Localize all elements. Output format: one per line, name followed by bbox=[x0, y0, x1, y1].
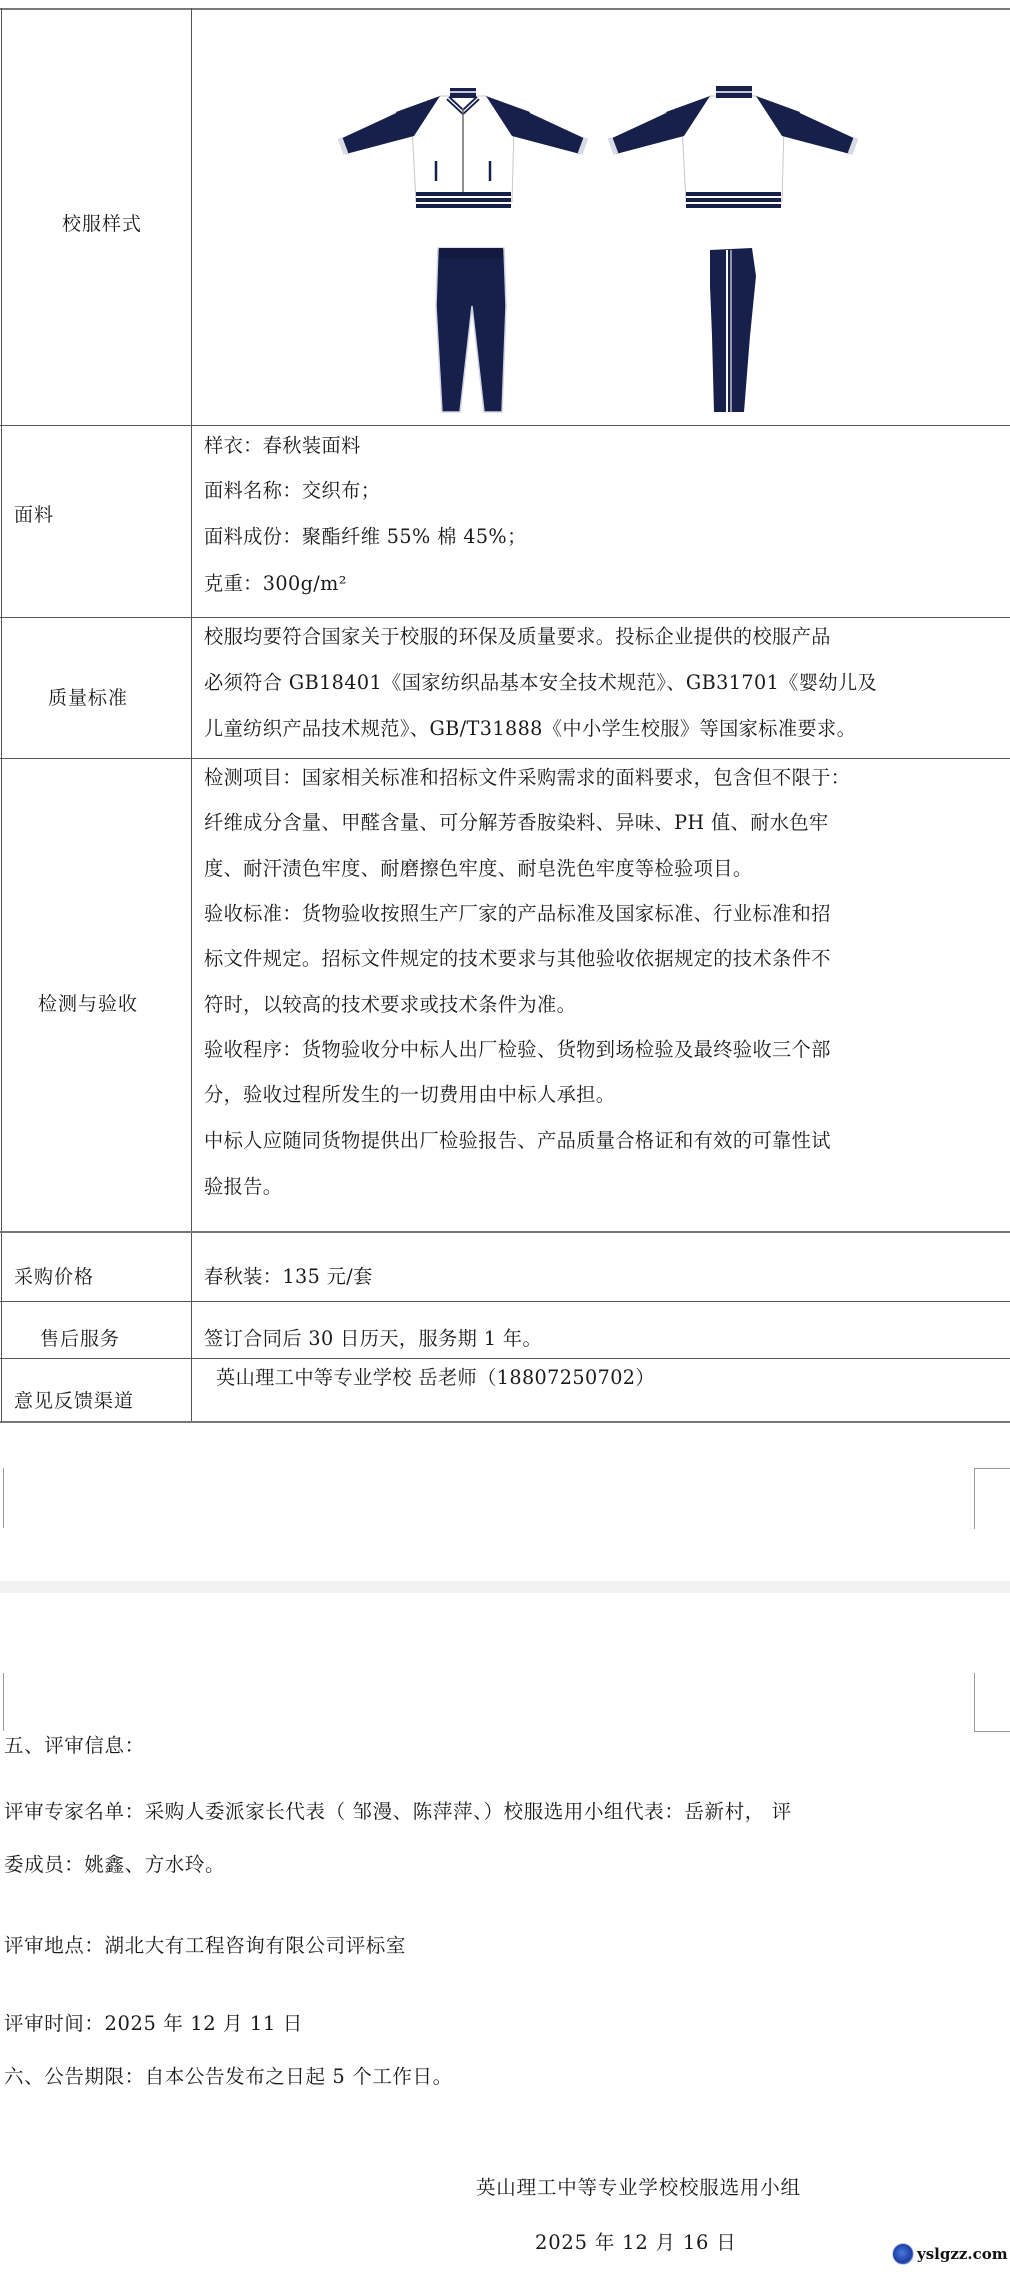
row-divider bbox=[0, 758, 1010, 759]
after-sales-value: 签订合同后 30 日历天，服务期 1 年。 bbox=[204, 1324, 542, 1351]
testing-line: 分，验收过程所发生的一切费用由中标人承担。 bbox=[204, 1080, 615, 1107]
fabric-composition-line: 面料成份：聚酯纤维 55% 棉 45%； bbox=[204, 522, 527, 549]
row-divider bbox=[0, 1301, 1010, 1302]
testing-line: 检测项目：国家相关标准和招标文件采购需求的面料要求，包含但不限于： bbox=[204, 763, 850, 790]
site-logo-icon bbox=[892, 2243, 914, 2265]
row-divider bbox=[0, 425, 1010, 426]
table-top-border bbox=[0, 8, 1010, 10]
row-label-fabric: 面料 bbox=[14, 500, 54, 527]
review-location: 评审地点：湖北大有工程咨询有限公司评标室 bbox=[4, 1930, 406, 1958]
review-experts-line: 评审专家名单：采购人委派家长代表（ 邹漫、陈萍萍、）校服选用小组代表：岳新村， … bbox=[4, 1796, 792, 1824]
jacket-back-illustration bbox=[606, 84, 861, 212]
notice-period-text: 六、公告期限：自本公告发布之日起 5 个工作日。 bbox=[4, 2061, 453, 2089]
row-label-testing-acceptance: 检测与验收 bbox=[38, 989, 138, 1016]
feedback-contact-value: 英山理工中等专业学校 岳老师（18807250702） bbox=[216, 1363, 655, 1390]
crop-mark-top-right bbox=[974, 1673, 1010, 1732]
testing-line: 验报告。 bbox=[204, 1172, 282, 1199]
jacket-front-illustration bbox=[336, 84, 591, 212]
testing-line: 验收标准：货物验收按照生产厂家的产品标准及国家标准、行业标准和招 bbox=[204, 899, 831, 926]
review-time: 评审时间：2025 年 12 月 11 日 bbox=[4, 2008, 303, 2036]
crop-mark-bottom-left bbox=[0, 1468, 4, 1528]
watermark-text: yslgzz.com bbox=[917, 2245, 1008, 2263]
quality-line: 儿童纺织产品技术规范》、GB/T31888《中小学生校服》等国家标准要求。 bbox=[204, 714, 856, 741]
fabric-sample-line: 样衣：春秋装面料 bbox=[204, 431, 361, 458]
table-column-divider bbox=[191, 8, 192, 1422]
row-divider bbox=[0, 1358, 1010, 1359]
testing-line: 中标人应随同货物提供出厂检验报告、产品质量合格证和有效的可靠性试 bbox=[204, 1126, 831, 1153]
testing-line: 符时，以较高的技术要求或技术条件为准。 bbox=[204, 990, 576, 1017]
price-value: 春秋装：135 元/套 bbox=[204, 1262, 373, 1289]
table-left-border bbox=[1, 8, 2, 1422]
row-label-quality-standard: 质量标准 bbox=[48, 683, 128, 710]
testing-line: 标文件规定。招标文件规定的技术要求与其他验收依据规定的技术条件不 bbox=[204, 944, 831, 971]
signature-date: 2025 年 12 月 16 日 bbox=[535, 2227, 737, 2255]
testing-line: 度、耐汗渍色牢度、耐磨擦色牢度、耐皂洗色牢度等检验项目。 bbox=[204, 854, 752, 881]
fabric-weight-line: 克重：300g/m² bbox=[204, 569, 347, 596]
row-divider bbox=[0, 617, 1010, 618]
row-label-uniform-style: 校服样式 bbox=[62, 209, 142, 236]
review-experts-line: 委成员：姚鑫、方水玲。 bbox=[4, 1849, 225, 1877]
signature-organization: 英山理工中等专业学校校服选用小组 bbox=[476, 2172, 801, 2200]
page-break bbox=[0, 1581, 1010, 1593]
section5-heading: 五、评审信息： bbox=[4, 1730, 145, 1758]
quality-line: 校服均要符合国家关于校服的环保及质量要求。投标企业提供的校服产品 bbox=[204, 622, 831, 649]
pants-front-illustration bbox=[432, 246, 512, 414]
crop-mark-top-left bbox=[0, 1673, 4, 1731]
row-divider bbox=[0, 1231, 1010, 1233]
row-label-feedback: 意见反馈渠道 bbox=[14, 1386, 134, 1413]
pants-side-illustration bbox=[706, 246, 766, 414]
testing-line: 验收程序：货物验收分中标人出厂检验、货物到场检验及最终验收三个部 bbox=[204, 1035, 831, 1062]
crop-mark-bottom-right bbox=[974, 1468, 1010, 1529]
testing-line: 纤维成分含量、甲醛含量、可分解芳香胺染料、异味、PH 值、耐水色牢 bbox=[204, 808, 829, 835]
row-label-after-sales: 售后服务 bbox=[40, 1324, 120, 1351]
table-bottom-border bbox=[0, 1421, 1010, 1423]
fabric-name-line: 面料名称：交织布； bbox=[204, 476, 380, 503]
site-watermark: yslgzz.com bbox=[892, 2243, 1008, 2265]
row-label-price: 采购价格 bbox=[14, 1262, 94, 1289]
quality-line: 必须符合 GB18401《国家纺织品基本安全技术规范》、GB31701《婴幼儿及 bbox=[204, 668, 877, 695]
